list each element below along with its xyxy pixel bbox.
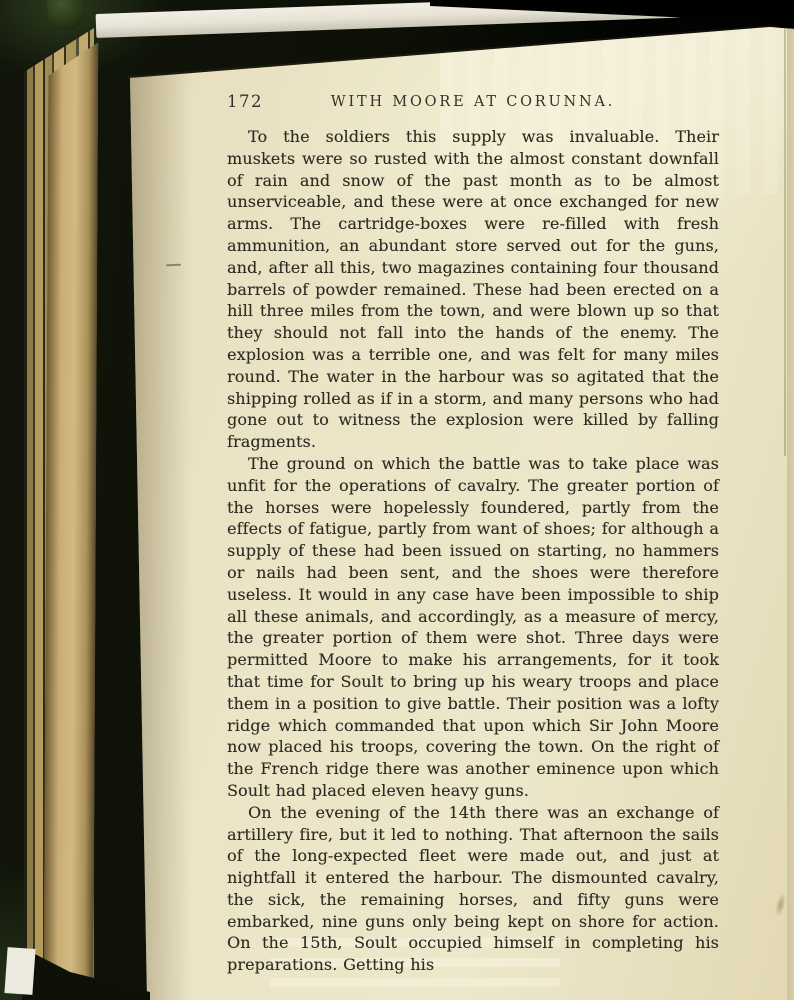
page-content: 172 WITH MOORE AT CORUNNA. To the soldie… — [227, 92, 719, 976]
bottom-left-paper-sliver — [4, 947, 35, 995]
running-header: WITH MOORE AT CORUNNA. — [227, 92, 719, 110]
page-number: 172 — [227, 92, 263, 111]
paragraph-3: On the evening of the 14th there was an … — [227, 802, 719, 976]
paragraph-2: The ground on which the battle was to ta… — [227, 453, 719, 802]
paragraph-1: To the soldiers this supply was invaluab… — [227, 126, 719, 453]
right-page-edge — [787, 24, 794, 1000]
corner-blemish — [773, 892, 788, 917]
page-crease — [784, 26, 786, 456]
page-header: 172 WITH MOORE AT CORUNNA. — [227, 92, 719, 114]
book-photo: 172 WITH MOORE AT CORUNNA. To the soldie… — [0, 0, 794, 1000]
